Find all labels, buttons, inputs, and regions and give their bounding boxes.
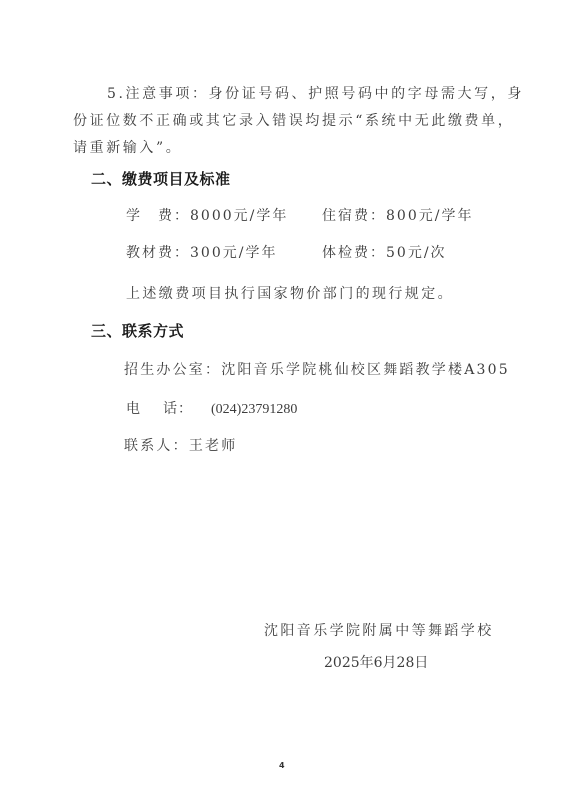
fee-medical-exam-label: 体检费： xyxy=(322,245,386,261)
phone-number: (024)23791280 xyxy=(211,402,297,417)
notice-item-5-line-3: 请重新输入”。 xyxy=(73,139,182,157)
contact-phone: 电话：(024)23791280 xyxy=(126,400,297,419)
signature-organization: 沈阳音乐学院附属中等舞蹈学校 xyxy=(264,622,494,640)
section-heading-contact: 三、联系方式 xyxy=(91,322,184,340)
fee-accommodation-label: 住宿费： xyxy=(322,208,386,224)
fee-accommodation-value: 800元/学年 xyxy=(386,208,473,224)
fee-regulation-note: 上述缴费项目执行国家物价部门的现行规定。 xyxy=(126,285,454,303)
notice-item-5-line-2: 份证位数不正确或其它录入错误均提示“系统中无此缴费单， xyxy=(73,112,514,130)
office-label: 招生办公室： xyxy=(124,362,221,378)
contact-person-name: 王老师 xyxy=(189,438,238,454)
fee-textbook-label: 教材费： xyxy=(126,245,190,261)
contact-person: 联系人：王老师 xyxy=(124,437,237,455)
fee-row-2: 教材费：300元/学年 体检费：50元/次 xyxy=(126,244,277,262)
contact-person-label: 联系人： xyxy=(124,438,189,454)
fee-accommodation: 住宿费：800元/学年 xyxy=(322,207,473,225)
page-number: 4 xyxy=(279,761,285,770)
fee-tuition-value: 8000元/学年 xyxy=(190,208,288,224)
phone-label-part1: 电 xyxy=(126,401,141,417)
fee-row-1: 学 费：8000元/学年 住宿费：800元/学年 xyxy=(126,207,288,225)
phone-label-part2: 话： xyxy=(163,401,193,417)
signature-date: 2025年6月28日 xyxy=(324,654,428,672)
fee-textbook-value: 300元/学年 xyxy=(190,245,277,261)
fee-medical-exam-value: 50元/次 xyxy=(386,245,447,261)
fee-tuition-label: 学 费： xyxy=(126,208,190,224)
section-heading-fees: 二、缴费项目及标准 xyxy=(91,170,231,188)
notice-item-5-line-1: 5.注意事项：身份证号码、护照号码中的字母需大写，身 xyxy=(107,85,524,103)
fee-medical-exam: 体检费：50元/次 xyxy=(322,244,447,262)
contact-office: 招生办公室：沈阳音乐学院桃仙校区舞蹈教学楼A305 xyxy=(124,361,510,379)
document-page: 5.注意事项：身份证号码、护照号码中的字母需大写，身 份证位数不正确或其它录入错… xyxy=(0,0,565,800)
office-address: 沈阳音乐学院桃仙校区舞蹈教学楼A305 xyxy=(221,362,510,378)
